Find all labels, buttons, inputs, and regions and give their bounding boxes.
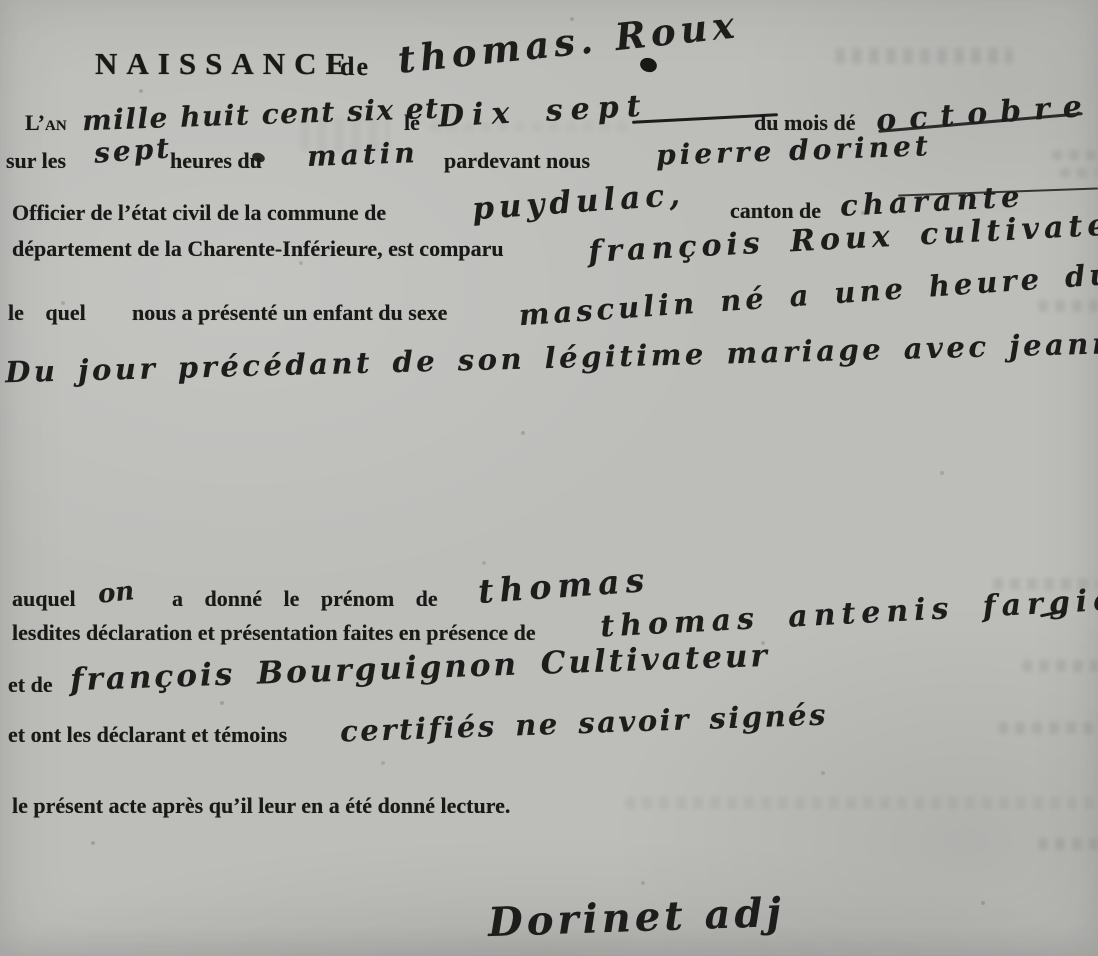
printed-witnesses-clause: lesdites déclaration et présentation fai… xyxy=(12,620,536,646)
firstname-handwritten: thomas xyxy=(477,560,651,611)
bleedthrough-smudge xyxy=(1022,660,1098,672)
printed-signing-clause: et ont les déclarant et témoins xyxy=(8,722,287,748)
printed-canton-de: canton de xyxy=(730,198,821,224)
official-signature: Dorinet adj xyxy=(487,889,785,946)
birth-detail-handwritten: Du jour précédant de son légitime mariag… xyxy=(5,321,1098,389)
commune-handwritten: puydulac, xyxy=(471,177,686,228)
printed-le: le xyxy=(404,110,420,136)
printed-sur-les: sur les xyxy=(6,148,66,174)
paper-speckles xyxy=(0,0,2,2)
birth-certificate-scan: NAISSANCE de thomas. Roux L’an mille hui… xyxy=(0,0,1098,956)
printed-et-de: et de xyxy=(8,672,53,698)
printed-auquel: auquel xyxy=(12,586,76,612)
printed-commune-clause: Officier de l’état civil de la commune d… xyxy=(12,200,386,226)
printed-lequel: le quel xyxy=(8,300,86,326)
hour-handwritten: sept xyxy=(93,131,173,169)
cannot-sign-handwritten: certifiés ne savoir signés xyxy=(340,697,829,748)
bleedthrough-smudge xyxy=(998,722,1098,734)
bleedthrough-smudge xyxy=(625,797,1095,809)
printed-presentation-clause: nous a présenté un enfant du sexe xyxy=(132,300,447,326)
ink-blot xyxy=(638,56,658,75)
bleedthrough-smudge xyxy=(1038,838,1098,850)
form-title-de: de xyxy=(340,52,370,82)
printed-heures-du: heures du xyxy=(170,148,262,174)
witness1-name-handwritten: thomas antenis fargié xyxy=(599,582,1098,644)
officiant-name-handwritten: pierre dorinet xyxy=(656,129,933,172)
period-handwritten: matin xyxy=(306,136,419,173)
printed-pardevant-nous: pardevant nous xyxy=(444,148,590,174)
bleedthrough-smudge xyxy=(1038,300,1098,312)
printed-closing-clause: le présent acte après qu’il leur en a ét… xyxy=(12,793,510,819)
witness2-name-handwritten: françois Bourguignon Cultivateur xyxy=(70,638,771,698)
bleedthrough-smudge xyxy=(1060,168,1098,178)
printed-prenom-clause: a donné le prénom de xyxy=(172,586,438,612)
printed-lan: L’an xyxy=(25,110,67,136)
on-handwritten: on xyxy=(97,576,136,610)
bleedthrough-smudge xyxy=(835,48,1013,64)
bleedthrough-smudge xyxy=(1052,150,1098,160)
child-name-handwritten: thomas. Roux xyxy=(396,2,742,82)
printed-departement-clause: département de la Charente-Inférieure, e… xyxy=(12,236,504,262)
form-title: NAISSANCE xyxy=(95,46,355,82)
